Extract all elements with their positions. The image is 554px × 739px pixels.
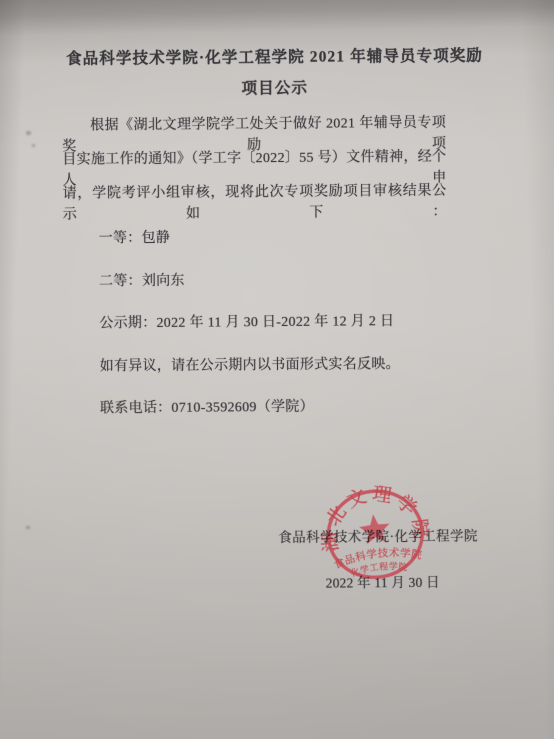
paper-speck <box>32 144 35 147</box>
contact-line: 联系电话：0710-3592609（学院） <box>64 396 448 420</box>
document-photo: 食品科学技术学院·化学工程学院 2021 年辅导员专项奖励 项目公示 根据《湖北… <box>0 0 554 739</box>
doc-title-line-2: 项目公示 <box>17 76 533 101</box>
doc-title-line-1: 食品科学技术学院·化学工程学院 2021 年辅导员专项奖励 <box>16 45 532 70</box>
paragraph-line-3: 请，学院考评小组审核，现将此次专项奖励项目审核结果公示如下： <box>63 181 447 226</box>
award-line-second-prize: 二等：刘向东 <box>63 269 447 293</box>
seal-star <box>358 513 391 545</box>
objection-line: 如有异议，请在公示期内以书面形式实名反映。 <box>64 354 448 378</box>
publicity-period-line: 公示期：2022 年 11 月 30 日-2022 年 12 月 2 日 <box>64 311 448 335</box>
paper-speck <box>26 131 31 135</box>
award-line-first-prize: 一等：包静 <box>63 226 447 250</box>
notice-document: 食品科学技术学院·化学工程学院 2021 年辅导员专项奖励 项目公示 根据《湖北… <box>0 0 554 739</box>
paper-speck <box>26 526 30 529</box>
official-seal: 湖北文理学院 食品科学技术学院 化学工程学院 <box>297 456 454 613</box>
